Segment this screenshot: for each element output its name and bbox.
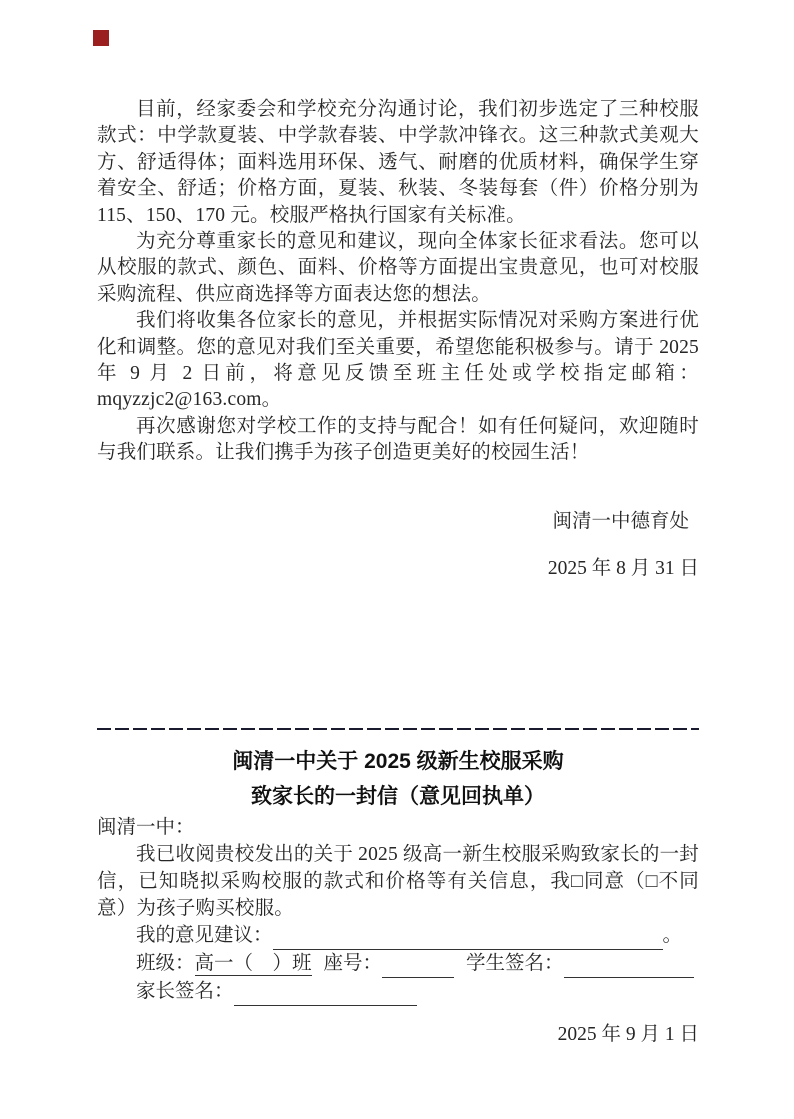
letter-paragraph-2: 为充分尊重家长的意见和建议，现向全体家长征求看法。您可以从校服的款式、颜色、面料… xyxy=(97,229,699,308)
letter-paragraph-3: 我们将收集各位家长的意见，并根据实际情况对采购方案进行优化和调整。您的意见对我们… xyxy=(97,308,699,414)
document-page: 目前，经家委会和学校充分沟通讨论，我们初步选定了三种校服款式：中学款夏装、中学款… xyxy=(0,0,794,1119)
letter-paragraph-1: 目前，经家委会和学校充分沟通讨论，我们初步选定了三种校服款式：中学款夏装、中学款… xyxy=(97,97,699,229)
slip-salutation: 闽清一中： xyxy=(97,814,699,841)
student-sign-label: 学生签名： xyxy=(466,953,564,974)
slip-body: 我已收阅贵校发出的关于 2025 级高一新生校服采购致家长的一封信，已知晓拟采购… xyxy=(97,841,699,922)
letter-signature: 闽清一中德育处 xyxy=(97,509,699,535)
student-signature-blank-field[interactable] xyxy=(564,956,694,977)
parent-signature-line: 家长签名： xyxy=(136,978,699,1006)
page-corner-marker xyxy=(93,30,109,46)
slip-date: 2025 年 9 月 1 日 xyxy=(97,1022,699,1048)
agree-checkbox[interactable]: □ xyxy=(571,871,584,892)
disagree-checkbox[interactable]: □ xyxy=(646,871,659,892)
slip-title-line1: 闽清一中关于 2025 级新生校服采购 xyxy=(97,744,699,779)
opinion-terminator: 。 xyxy=(663,925,683,946)
opinion-line: 我的意见建议：。 xyxy=(136,922,699,950)
slip-title-line2: 致家长的一封信（意见回执单） xyxy=(97,779,699,814)
letter-date: 2025 年 8 月 31 日 xyxy=(97,556,699,582)
parent-signature-blank-field[interactable] xyxy=(234,984,417,1005)
seat-label: 座号： xyxy=(324,953,383,974)
letter-paragraph-4: 再次感谢您对学校工作的支持与配合！如有任何疑问，欢迎随时与我们联系。让我们携手为… xyxy=(97,414,699,467)
opinion-label: 我的意见建议： xyxy=(136,925,273,946)
parent-sign-label: 家长签名： xyxy=(136,981,234,1002)
slip-body-text-suffix: 为孩子购买校服。 xyxy=(136,898,294,919)
class-seat-signature-line: 班级：高一（ ）班座号：学生签名： xyxy=(136,950,699,978)
slip-body-agree-text: 同意（ xyxy=(584,871,646,892)
seat-blank-field[interactable] xyxy=(382,956,454,977)
class-value[interactable]: 高一（ ）班 xyxy=(195,953,312,976)
class-label: 班级： xyxy=(136,953,195,974)
letter-body: 目前，经家委会和学校充分沟通讨论，我们初步选定了三种校服款式：中学款夏装、中学款… xyxy=(97,97,699,467)
cut-line-separator xyxy=(97,728,699,730)
opinion-blank-field[interactable] xyxy=(273,928,663,949)
